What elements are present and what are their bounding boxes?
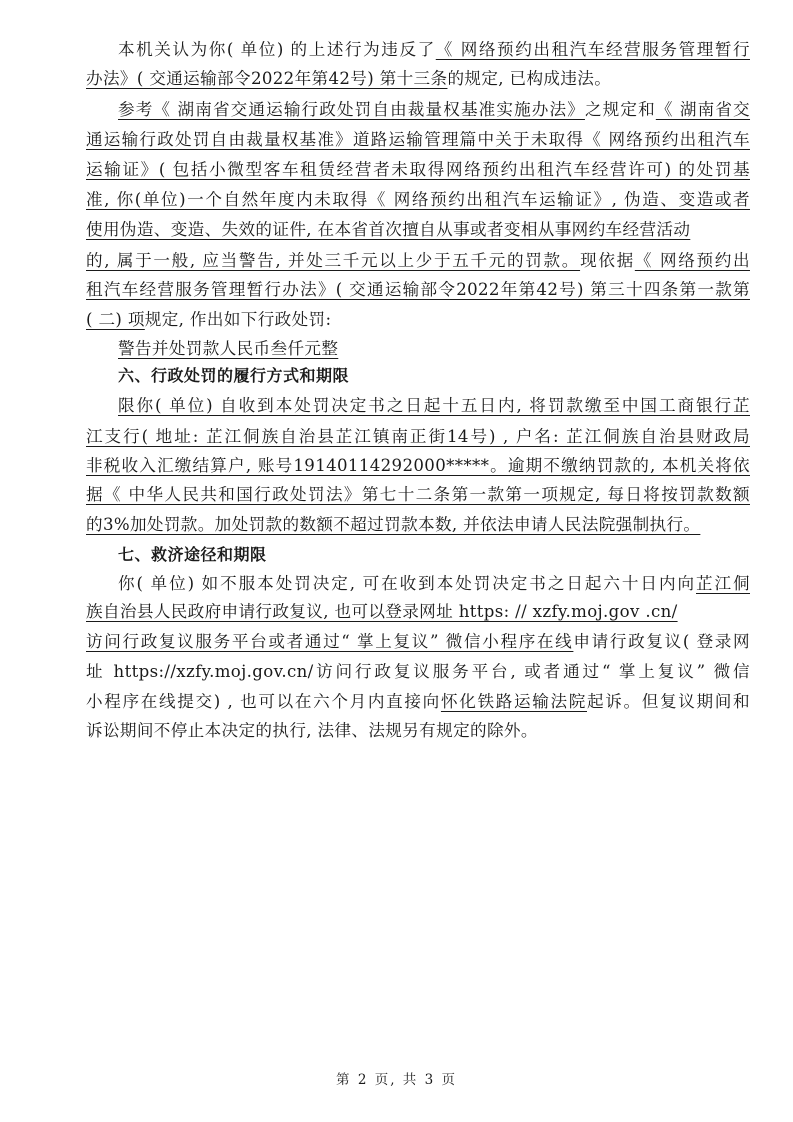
text-segment: 之规定和 [585,100,656,119]
text-segment: 的规定, 已构成违法。 [447,69,611,88]
underlined-text: 《 湖南省交 [656,100,750,119]
underlined-text: 芷江侗 [696,574,750,593]
underlined-url-text: 族自治县人民政府申请行政复议, 也可以登录网址 https: // xzfy.m… [86,602,678,621]
underlined-text: 《 网络预约出 [635,251,750,270]
paragraph-line: 本机关认为你( 单位) 的上述行为违反了《 网络预约出租汽车经营服务管理暂行 [118,35,750,65]
penalty-decision: 警告并处罚款人民币叁仟元整 [118,334,750,364]
underlined-text: 参考《 湖南省交通运输行政处罚自由裁量权基准实施办法》 [118,100,585,119]
section-heading-6: 六、行政处罚的履行方式和期限 [118,361,750,391]
underlined-text: 通运输行政处罚自由裁量权基准》道路运输管理篇中关于未取得《 网络预约出租汽车 [86,130,750,149]
heading-text: 六、行政处罚的履行方式和期限 [118,366,349,385]
underlined-regulation-reference: 办法》( 交通运输部令2022年第42号) 第十三条 [86,69,447,88]
paragraph-line: 址 https://xzfy.moj.gov.cn/访问行政复议服务平台, 或者… [86,657,750,687]
section-heading-7: 七、救济途径和期限 [118,540,750,570]
paragraph-line: 通运输行政处罚自由裁量权基准》道路运输管理篇中关于未取得《 网络预约出租汽车 [86,125,750,155]
paragraph-line: 的3%加处罚款。加处罚款的数额不超过罚款本数, 并依法申请人民法院强制执行。 [86,510,750,540]
text-segment: 址 https://xzfy.moj.gov.cn/访问行政复议服务平台, 或者… [86,662,750,681]
underlined-text: 江支行( 地址: 芷江侗族自治县芷江镇南正街14号) , 户名: 芷江侗族自治县… [86,427,750,446]
paragraph-line: 非税收入汇缴结算户, 账号19140114292000*****。逾期不缴纳罚款… [86,451,750,481]
paragraph-line: 你( 单位) 如不服本处罚决定, 可在收到本处罚决定书之日起六十日内向芷江侗 [118,569,750,599]
paragraph-line: 参考《 湖南省交通运输行政处罚自由裁量权基准实施办法》之规定和《 湖南省交 [118,95,750,125]
paragraph-line: 族自治县人民政府申请行政复议, 也可以登录网址 https: // xzfy.m… [86,597,750,627]
underlined-text: 准, 你(单位)一个自然年度内未取得《 网络预约出租汽车运输证》, 伪造、变造或… [86,190,750,209]
paragraph-line: 办法》( 交通运输部令2022年第42号) 第十三条的规定, 已构成违法。 [86,64,750,94]
underlined-text: 警告并处罚款人民币叁仟元整 [118,339,338,358]
paragraph-line: 访问行政复议服务平台或者通过“ 掌上复议” 微信小程序在线申请行政复议( 登录网 [86,627,750,657]
underlined-regulation-reference: 《 网络预约出租汽车经营服务管理暂行 [436,40,750,59]
underlined-text: ( 二) 项 [86,310,145,329]
text-segment: 规定, 作出如下行政处罚: [145,310,332,329]
underlined-text: 限你( 单位) 自收到本处罚决定书之日起十五日内, 将罚款缴至中国工商银行芷 [118,396,750,415]
paragraph-line: 使用伪造、变造、失效的证件, 在本省首次擅自从事或者变相从事网约车经营活动 [86,215,726,245]
text-segment: 起诉。但复议期间和 [587,692,750,711]
paragraph-line: 租汽车经营服务管理暂行办法》( 交通运输部令2022年第42号) 第三十四条第一… [86,275,750,305]
text-segment: 你( 单位) 如不服本处罚决定, 可在收到本处罚决定书之日起六十日内向 [118,574,696,593]
underlined-text: 访问行政复议服务平台或者通过“ 掌上复议” 微信小程序在线 [86,632,573,651]
underlined-text: 运输证》( 包括小微型客车租赁经营者未取得网络预约出租汽车经营许可) 的处罚基 [86,160,750,179]
heading-text: 七、救济途径和期限 [118,545,267,564]
paragraph-line: 据《 中华人民共和国行政处罚法》第七十二条第一款第一项规定, 每日将按罚款数额 [86,480,750,510]
underlined-text: 租汽车经营服务管理暂行办法》( 交通运输部令2022年第42号) 第三十四条第一… [86,280,750,299]
text-segment: 诉讼期间不停止本决定的执行, 法律、法规另有规定的除外。 [86,721,538,740]
paragraph-line: 的, 属于一般, 应当警告, 并处三千元以上少于五千元的罚款。现依据《 网络预约… [86,246,750,276]
underlined-text: 使用伪造、变造、失效的证件, 在本省首次擅自从事或者变相从事网约车经营活动 [86,220,690,239]
underlined-text: 的3%加处罚款。加处罚款的数额不超过罚款本数, 并依法申请人民法院强制执行。 [86,515,700,534]
underlined-court-name: 怀化铁路运输法院 [441,692,587,711]
underlined-text: 据《 中华人民共和国行政处罚法》第七十二条第一款第一项规定, 每日将按罚款数额 [86,485,750,504]
document-page: 本机关认为你( 单位) 的上述行为违反了《 网络预约出租汽车经营服务管理暂行 办… [0,0,793,1122]
paragraph-line: 限你( 单位) 自收到本处罚决定书之日起十五日内, 将罚款缴至中国工商银行芷 [118,391,750,421]
text-segment: 申请行政复议( 登录网 [573,632,750,651]
paragraph-line: ( 二) 项规定, 作出如下行政处罚: [86,305,750,335]
paragraph-line: 江支行( 地址: 芷江侗族自治县芷江镇南正街14号) , 户名: 芷江侗族自治县… [86,422,750,452]
paragraph-line: 准, 你(单位)一个自然年度内未取得《 网络预约出租汽车运输证》, 伪造、变造或… [86,185,750,215]
underlined-text: 非税收入汇缴结算户, 账号19140114292000*****。逾期不缴纳罚款… [86,456,750,475]
text-segment: 小程序在线提交) , 也可以在六个月内直接向 [86,692,441,711]
text-segment: 现依据 [580,251,635,270]
paragraph-line: 运输证》( 包括小微型客车租赁经营者未取得网络预约出租汽车经营许可) 的处罚基 [86,155,750,185]
paragraph-line: 诉讼期间不停止本决定的执行, 法律、法规另有规定的除外。 [86,716,750,746]
page-number-footer: 第 2 页, 共 3 页 [0,1068,793,1088]
text-segment: 本机关认为你( 单位) 的上述行为违反了 [118,40,436,59]
paragraph-line: 小程序在线提交) , 也可以在六个月内直接向怀化铁路运输法院起诉。但复议期间和 [86,687,750,717]
underlined-text: 的, 属于一般, 应当警告, 并处三千元以上少于五千元的罚款。 [86,251,580,270]
